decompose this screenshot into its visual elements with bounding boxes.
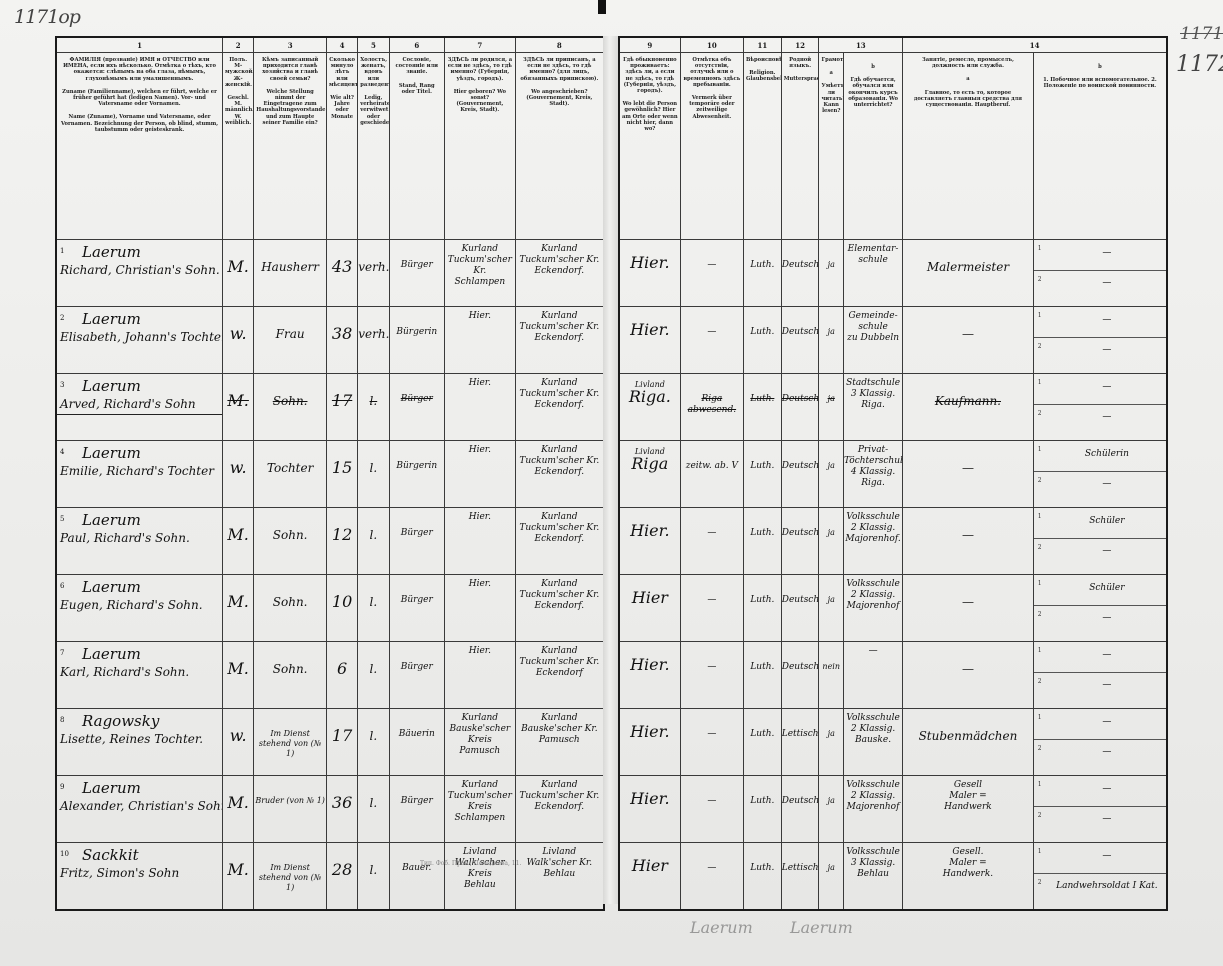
- marital-status: l.: [358, 575, 388, 609]
- birthplace: KurlandTuckum'scherKreisSchlampen: [445, 776, 515, 824]
- census-table-left: 12345678 ФАМИЛІЯ (прозваніе) ИМЯ и ОТЧЕС…: [55, 36, 605, 911]
- residence-place: Hier.: [620, 323, 680, 337]
- side-occupation: —: [1052, 784, 1162, 795]
- native-language: Deutsch: [782, 307, 819, 338]
- column-header-text: Stand, Rang oder Titel.: [392, 83, 443, 95]
- column-number: 8: [515, 37, 604, 53]
- name-cell: 8RagowskyLisette, Reines Tochter.: [56, 709, 223, 776]
- absence-note-cell: —: [680, 709, 743, 776]
- registration-place: KurlandTuckum'scher Kr.Eckendorf.: [516, 240, 603, 277]
- registration-cell: KurlandTuckum'scher Kr.Eckendorf.: [515, 240, 604, 307]
- absence-note: Riga abwesend.: [681, 374, 743, 416]
- secondary-occupation: 12Schüler—: [1034, 575, 1166, 635]
- secondary-occupation-cell: 12Schülerin—: [1033, 441, 1167, 508]
- age-cell: 43: [326, 240, 357, 307]
- education-cell: Volksschule2 Klassig.Majorenhof.: [843, 508, 902, 575]
- absence-note-cell: —: [680, 240, 743, 307]
- census-row-left: 8RagowskyLisette, Reines Tochter.w.Im Di…: [56, 709, 604, 776]
- residence: LivlandRiga.: [620, 374, 680, 404]
- relation: Sohn.: [254, 575, 326, 609]
- sex-cell: w.: [223, 709, 254, 776]
- birthplace-line: Tuckum'scher: [445, 791, 515, 802]
- marital-status-cell: l.: [358, 441, 389, 508]
- absence-note: —: [681, 508, 743, 539]
- absence-note: —: [681, 575, 743, 606]
- column-header-text: Вѣроисповѣданіе.: [746, 57, 779, 63]
- registration-place-line: Kurland: [516, 780, 603, 791]
- sex-cell: M.: [223, 642, 254, 709]
- registration-place-line: Tuckum'scher Kr.: [516, 322, 603, 333]
- census-row-left: 4LaerumEmilie, Richard's Tochterw.Tochte…: [56, 441, 604, 508]
- relation: Im Dienst stehend von (№ 1): [254, 843, 326, 893]
- surname: Laerum: [60, 513, 219, 527]
- estate: Bäuerin: [390, 709, 445, 740]
- column-header: Сословіе, состояніе или званіе.Stand, Ra…: [389, 53, 445, 240]
- registration-place-line: Tuckum'scher Kr.: [516, 456, 603, 467]
- registration-place-line: Kurland: [516, 445, 603, 456]
- main-occupation-cell: —: [903, 575, 1034, 642]
- column-header-text: Vermerk über temporäre oder zeitweilige …: [683, 95, 741, 120]
- birthplace: Hier.: [445, 575, 515, 590]
- education-place-line: —: [844, 646, 902, 657]
- literacy-cell: ja: [819, 307, 843, 374]
- secondary-occupation-cell: 12——: [1033, 307, 1167, 374]
- registration-cell: KurlandTuckum'scher Kr.Eckendorf.: [515, 374, 604, 441]
- row-number: 2: [60, 311, 64, 325]
- estate-cell: Bauer.: [389, 843, 445, 911]
- main-occupation-line: Handwerk: [903, 802, 1033, 813]
- secondary-occupation-cell: 12Schüler—: [1033, 575, 1167, 642]
- age: 10: [327, 575, 357, 609]
- name-cell-inner: 8RagowskyLisette, Reines Tochter.: [57, 709, 222, 775]
- sub-label: 1: [1038, 443, 1042, 457]
- registration-place-line: Eckendorf.: [516, 400, 603, 411]
- main-occupation-cell: Gesell.Maler =Handwerk.: [903, 843, 1034, 911]
- literacy: ja: [819, 441, 842, 471]
- native-language: Lettisch: [782, 843, 819, 874]
- birthplace-line: Hier.: [445, 445, 515, 456]
- registration-cell: LivlandWalk'scher Kr.Behlau: [515, 843, 604, 911]
- column-sub-label: a: [821, 70, 840, 76]
- age-cell: 17: [326, 374, 357, 441]
- birthplace-line: Tuckum'scher Kr.: [445, 255, 515, 277]
- census-row-right: LivlandRigazeitw. ab. VLuth.DeutschjaPri…: [619, 441, 1167, 508]
- education-cell: Volksschule2 Klassig.Majorenhof: [843, 575, 902, 642]
- secondary-occupation: 12——: [1034, 374, 1166, 434]
- education-place-line: Riga.: [844, 400, 902, 411]
- secondary-occupation: 12——: [1034, 307, 1166, 367]
- estate-cell: Bürger: [389, 642, 445, 709]
- column-number: 6: [389, 37, 445, 53]
- birthplace: KurlandBauske'scherKreisPamusch: [445, 709, 515, 757]
- secondary-occupation: 12Schülerin—: [1034, 441, 1166, 501]
- registration-mark: [598, 0, 606, 14]
- sub-divider: [1034, 873, 1166, 874]
- name-cell-inner: 6LaerumEugen, Richard's Sohn.: [57, 575, 222, 641]
- residence-place: Riga: [620, 457, 680, 471]
- education-place-line: Majorenhof: [844, 601, 902, 612]
- sub-divider: [1034, 672, 1166, 673]
- column-header-text: Сословіе, состояніе или званіе.: [392, 57, 443, 76]
- secondary-occupation-cell: 12——: [1033, 709, 1167, 776]
- age-cell: 38: [326, 307, 357, 374]
- education-place: Volksschule2 Klassig.Bauske.: [844, 709, 902, 746]
- side-occupation: Schüler: [1052, 583, 1162, 594]
- registration-place-line: Eckendorf.: [516, 266, 603, 277]
- registration-place-line: Eckendorf.: [516, 802, 603, 813]
- residence-cell: Hier.: [619, 240, 680, 307]
- column-header: Сколько минуло лѣтъ или мѣсяцевъ?Wie alt…: [326, 53, 357, 240]
- religion: Luth.: [744, 843, 781, 874]
- religion-cell: Luth.: [743, 575, 781, 642]
- education-place-line: Gemeinde-: [844, 311, 902, 322]
- column-header: Холостъ, женатъ, вдовъ или разведенъ?Led…: [358, 53, 389, 240]
- military-status: —: [1052, 747, 1162, 758]
- birthplace-line: Pamusch: [445, 746, 515, 757]
- birthplace: Hier.: [445, 374, 515, 389]
- column-header-text: Name (Zuname), Vorname und Vatersname, o…: [59, 114, 220, 133]
- main-occupation-cell: Stubenmädchen: [903, 709, 1034, 776]
- column-header-text: Родной языкъ.: [784, 57, 817, 69]
- registration-cell: KurlandBauske'scher Kr.Pamusch: [515, 709, 604, 776]
- sub-label: 1: [1038, 711, 1042, 725]
- page-number: 1172: [1176, 52, 1223, 77]
- main-occupation-cell: —: [903, 441, 1034, 508]
- main-occupation: Kaufmann.: [903, 374, 1033, 408]
- name-cell-inner: 7LaerumKarl, Richard's Sohn.: [57, 642, 222, 708]
- residence-cell: Hier.: [619, 508, 680, 575]
- registration-place-line: Tuckum'scher Kr.: [516, 255, 603, 266]
- sub-label: 2: [1038, 474, 1042, 488]
- education-place-line: Bauske.: [844, 735, 902, 746]
- given-name: Eugen, Richard's Sohn.: [60, 598, 219, 612]
- birthplace-line: Kurland: [445, 713, 515, 724]
- education-place-line: Volksschule: [844, 847, 902, 858]
- residence: Hier.: [620, 776, 680, 806]
- census-row-left: 3LaerumArved, Richard's SohnM.Sohn.17l.B…: [56, 374, 604, 441]
- census-row-left: 9LaerumAlexander, Christian's SohnM.Brud…: [56, 776, 604, 843]
- age-cell: 15: [326, 441, 357, 508]
- sub-label: 2: [1038, 876, 1042, 890]
- birthplace-cell: KurlandTuckum'scherKreisSchlampen: [445, 776, 516, 843]
- name-cell-inner: 2LaerumElisabeth, Johann's Tochter: [57, 307, 222, 373]
- enumerator-signature: Laerum: [690, 918, 753, 937]
- military-status: —: [1052, 546, 1162, 557]
- residence-cell: LivlandRiga: [619, 441, 680, 508]
- surname: Ragowsky: [60, 714, 219, 728]
- surname: Sackkit: [60, 848, 219, 862]
- birthplace-line: Livland: [445, 847, 515, 858]
- marital-status: l.: [358, 709, 388, 743]
- secondary-occupation-cell: 12——: [1033, 642, 1167, 709]
- absence-note-cell: —: [680, 843, 743, 911]
- relation-cell: Sohn.: [254, 642, 327, 709]
- sub-label: 1: [1038, 644, 1042, 658]
- registration-place: KurlandTuckum'scher Kr.Eckendorf.: [516, 441, 603, 478]
- residence: Hier.: [620, 240, 680, 270]
- sub-label: 1: [1038, 376, 1042, 390]
- education-place: Volksschule3 Klassig.Behlau: [844, 843, 902, 880]
- main-occupation-cell: —: [903, 307, 1034, 374]
- marital-status: l.: [358, 843, 388, 877]
- registration-place-line: Bauske'scher Kr.: [516, 724, 603, 735]
- absence-note-cell: —: [680, 508, 743, 575]
- estate-cell: Bürgerin: [389, 441, 445, 508]
- census-table-right: 91011121314 Гдѣ обыкновенно проживаетъ: …: [618, 36, 1168, 911]
- column-header-text: 1. Побочное или вспомогательное. 2. Поло…: [1036, 77, 1164, 89]
- column-subgroup: Грамотность.: [821, 57, 840, 63]
- relation: Tochter: [254, 441, 326, 475]
- native-language: Deutsch: [782, 776, 819, 807]
- sub-divider: [1034, 270, 1166, 271]
- absence-note: —: [681, 843, 743, 874]
- relation: Sohn.: [254, 642, 326, 676]
- sex-cell: M.: [223, 508, 254, 575]
- estate: Bürgerin: [390, 441, 445, 472]
- birthplace-line: Hier.: [445, 512, 515, 523]
- sex: M.: [223, 374, 253, 408]
- column-header: Гдѣ обыкновенно проживаетъ: здѣсь ли, а …: [619, 53, 680, 240]
- secondary-occupation-cell: 12——: [1033, 374, 1167, 441]
- native-language-cell: Deutsch: [781, 374, 819, 441]
- residence-cell: Hier: [619, 575, 680, 642]
- residence: Hier.: [620, 709, 680, 739]
- religion-cell: Luth.: [743, 843, 781, 911]
- absence-note-cell: Riga abwesend.: [680, 374, 743, 441]
- marital-status: l.: [358, 508, 388, 542]
- sub-label: 1: [1038, 242, 1042, 256]
- birthplace: Hier.: [445, 508, 515, 523]
- relation: Hausherr: [254, 240, 326, 274]
- given-name: Fritz, Simon's Sohn: [60, 866, 219, 880]
- estate: Bürger: [390, 776, 445, 807]
- registration-place-line: Kurland: [516, 244, 603, 255]
- birthplace-line: Kreis: [445, 802, 515, 813]
- literacy: ja: [819, 508, 842, 538]
- birthplace-line: Schlampen: [445, 277, 515, 288]
- surname: Laerum: [60, 312, 219, 326]
- main-occupation: GesellMaler =Handwerk: [903, 776, 1033, 813]
- birthplace: KurlandTuckum'scher Kr.Schlampen: [445, 240, 515, 288]
- age: 38: [327, 307, 357, 341]
- registration-place-line: Eckendorf.: [516, 534, 603, 545]
- education-place-line: Behlau: [844, 869, 902, 880]
- column-header: b1. Побочное или вспомогательное. 2. Пол…: [1033, 53, 1167, 240]
- literacy-cell: ja: [819, 776, 843, 843]
- relation-cell: Sohn.: [254, 374, 327, 441]
- literacy-cell: ja: [819, 441, 843, 508]
- registration-cell: KurlandTuckum'scher Kr.Eckendorf.: [515, 575, 604, 642]
- main-occupation-line: Handwerk.: [903, 869, 1033, 880]
- sex: M.: [223, 575, 253, 609]
- given-name: Elisabeth, Johann's Tochter: [60, 330, 219, 344]
- registration-place-line: Kurland: [516, 646, 603, 657]
- education-place-line: 2 Klassig.: [844, 724, 902, 735]
- secondary-occupation-cell: 12——: [1033, 776, 1167, 843]
- absence-note-cell: —: [680, 307, 743, 374]
- sub-divider: [1034, 605, 1166, 606]
- sex-cell: M.: [223, 843, 254, 911]
- secondary-occupation: 12——: [1034, 709, 1166, 769]
- marital-status-cell: l.: [358, 642, 389, 709]
- relation: Bruder (von № 1): [254, 776, 326, 806]
- name-cell-inner: 10SackkitFritz, Simon's Sohn: [57, 843, 222, 909]
- education-cell: Volksschule3 Klassig.Behlau: [843, 843, 902, 911]
- name-cell-inner: 1LaerumRichard, Christian's Sohn.: [57, 240, 222, 306]
- row-number: 7: [60, 646, 64, 660]
- column-subgroup: Занятіе, ремесло, промыселъ, должность и…: [905, 57, 1031, 69]
- estate-cell: Bürger: [389, 240, 445, 307]
- secondary-occupation: 12——: [1034, 240, 1166, 300]
- education-place-line: 2 Klassig.: [844, 523, 902, 534]
- registration-place: KurlandBauske'scher Kr.Pamusch: [516, 709, 603, 746]
- native-language-cell: Deutsch: [781, 441, 819, 508]
- education-place-line: Volksschule: [844, 579, 902, 590]
- column-header: Грамотность.aУмѣетъ ли читать? Kann lese…: [819, 53, 843, 240]
- birthplace-line: Schlampen: [445, 813, 515, 824]
- sub-divider: [1034, 538, 1166, 539]
- column-header-text: Religion. Glaubensbekenntniß.: [746, 70, 779, 82]
- registration-place-line: Tuckum'scher Kr.: [516, 523, 603, 534]
- literacy-cell: ja: [819, 508, 843, 575]
- sex-cell: w.: [223, 441, 254, 508]
- right-page: 91011121314 Гдѣ обыкновенно проживаетъ: …: [618, 36, 1168, 904]
- birthplace-line: Kreis: [445, 735, 515, 746]
- registration-place: KurlandTuckum'scher Kr.Eckendorf.: [516, 776, 603, 813]
- absence-note: —: [681, 307, 743, 338]
- residence-cell: Hier.: [619, 709, 680, 776]
- education-place-line: 3 Klassig.: [844, 389, 902, 400]
- column-header-text: ФАМИЛІЯ (прозваніе) ИМЯ и ОТЧЕСТВО или И…: [59, 57, 220, 82]
- sex: M.: [223, 508, 253, 542]
- marital-status-cell: l.: [358, 575, 389, 642]
- given-name: Karl, Richard's Sohn.: [60, 665, 219, 679]
- literacy: ja: [819, 374, 842, 404]
- column-sub-label: b: [1036, 64, 1164, 70]
- census-row-right: Hier—Luth.LettischjaVolksschule3 Klassig…: [619, 843, 1167, 911]
- marital-status: l.: [358, 441, 388, 475]
- estate-cell: Bürger: [389, 508, 445, 575]
- name-cell-inner: 5LaerumPaul, Richard's Sohn.: [57, 508, 222, 574]
- given-name: Lisette, Reines Tochter.: [60, 732, 219, 746]
- age-cell: 10: [326, 575, 357, 642]
- birthplace-cell: Hier.: [445, 374, 516, 441]
- literacy: ja: [819, 240, 842, 270]
- residence-place: Hier: [620, 591, 680, 605]
- education-place-line: Privat-: [844, 445, 902, 456]
- column-header-text: Гдѣ обыкновенно проживаетъ: здѣсь ли, а …: [622, 57, 678, 94]
- given-name: Paul, Richard's Sohn.: [60, 531, 219, 545]
- sub-divider: [1034, 739, 1166, 740]
- native-language: Deutsch: [782, 441, 819, 472]
- census-row-right: Hier.—Luth.DeutschjaGemeinde-schulezu Du…: [619, 307, 1167, 374]
- birthplace-line: Kreis: [445, 869, 515, 880]
- absence-note-cell: zeitw. ab. V: [680, 441, 743, 508]
- row-number: 6: [60, 579, 64, 593]
- literacy-cell: ja: [819, 575, 843, 642]
- native-language: Deutsch: [782, 240, 819, 271]
- registration-place-line: Eckendorf: [516, 668, 603, 679]
- registration-place-line: Kurland: [516, 512, 603, 523]
- age: 28: [327, 843, 357, 877]
- literacy: ja: [819, 843, 842, 873]
- column-header-text: Сколько минуло лѣтъ или мѣсяцевъ?: [329, 57, 355, 88]
- birthplace-cell: Hier.: [445, 642, 516, 709]
- relation-cell: Hausherr: [254, 240, 327, 307]
- relation: Sohn.: [254, 374, 326, 408]
- row-number: 5: [60, 512, 64, 526]
- age-cell: 17: [326, 709, 357, 776]
- relation-cell: Tochter: [254, 441, 327, 508]
- enumerator-signature-2: Laerum: [790, 918, 853, 937]
- marital-status-cell: l.: [358, 776, 389, 843]
- secondary-occupation-cell: 12Schüler—: [1033, 508, 1167, 575]
- religion-cell: Luth.: [743, 508, 781, 575]
- registration-place-line: Walk'scher Kr.: [516, 858, 603, 869]
- residence-place: Hier.: [620, 792, 680, 806]
- estate: Bürgerin: [390, 307, 445, 338]
- birthplace-line: Hier.: [445, 579, 515, 590]
- census-row-right: Hier.—Luth.DeutschjaElementar-schuleMale…: [619, 240, 1167, 307]
- residence-cell: Hier.: [619, 642, 680, 709]
- column-header: Отмѣтка объ отсутствіи, отлучкѣ или о вр…: [680, 53, 743, 240]
- side-occupation: —: [1052, 851, 1162, 862]
- sex: w.: [223, 441, 253, 475]
- religion: Luth.: [744, 709, 781, 740]
- birthplace-cell: KurlandTuckum'scher Kr.Schlampen: [445, 240, 516, 307]
- registration-place: LivlandWalk'scher Kr.Behlau: [516, 843, 603, 880]
- column-header: Вѣроисповѣданіе.Religion. Glaubensbekenn…: [743, 53, 781, 240]
- residence-place: Hier: [620, 859, 680, 873]
- education-place-line: Volksschule: [844, 780, 902, 791]
- marital-status-cell: l.: [358, 374, 389, 441]
- absence-note: —: [681, 776, 743, 807]
- absence-note: zeitw. ab. V: [681, 441, 743, 472]
- census-row-right: LivlandRiga.Riga abwesend.Luth.Deutschja…: [619, 374, 1167, 441]
- military-status: —: [1052, 479, 1162, 490]
- absence-note: —: [681, 240, 743, 271]
- marital-status-cell: l.: [358, 508, 389, 575]
- age: 12: [327, 508, 357, 542]
- side-occupation: —: [1052, 315, 1162, 326]
- row-number: 4: [60, 445, 64, 459]
- age: 15: [327, 441, 357, 475]
- military-status: —: [1052, 814, 1162, 825]
- sex-cell: M.: [223, 240, 254, 307]
- main-occupation: —: [903, 642, 1033, 676]
- military-status: —: [1052, 345, 1162, 356]
- residence-cell: LivlandRiga.: [619, 374, 680, 441]
- absence-note: —: [681, 709, 743, 740]
- printer-imprint: Тип. Фоб. Прав., Поледнева, 11.: [420, 860, 521, 867]
- registration-place-line: Eckendorf.: [516, 467, 603, 478]
- religion-cell: Luth.: [743, 374, 781, 441]
- education-place-line: 2 Klassig.: [844, 791, 902, 802]
- main-occupation-line: Gesell: [903, 780, 1033, 791]
- relation: Im Dienst stehend von (№ 1): [254, 709, 326, 759]
- education-place: Privat-Töchterschule4 Klassig.Riga.: [844, 441, 902, 489]
- estate: Bürger: [390, 240, 445, 271]
- census-row-left: 6LaerumEugen, Richard's Sohn.M.Sohn.10l.…: [56, 575, 604, 642]
- education-place-line: Majorenhof: [844, 802, 902, 813]
- registration-cell: KurlandTuckum'scher Kr.Eckendorf: [515, 642, 604, 709]
- residence-place: Riga.: [620, 390, 680, 404]
- given-name: Richard, Christian's Sohn.: [60, 263, 219, 277]
- residence: Hier.: [620, 508, 680, 538]
- education-cell: Volksschule2 Klassig.Majorenhof: [843, 776, 902, 843]
- marital-status: l.: [358, 642, 388, 676]
- column-header-text: Wie alt? Jahre oder Monate: [329, 95, 355, 120]
